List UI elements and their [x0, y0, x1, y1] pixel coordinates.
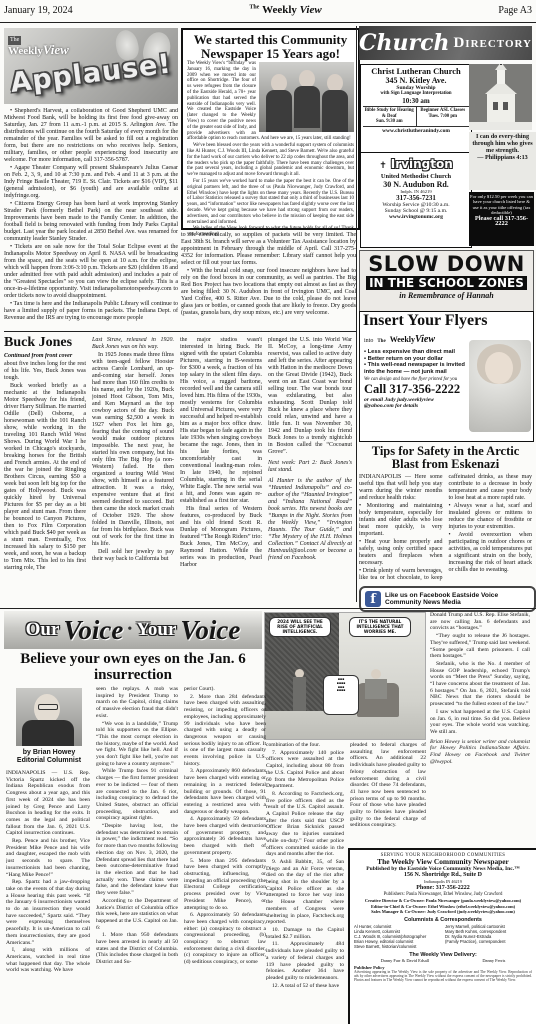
banner-separator: •	[127, 622, 132, 638]
tips-article: Tips for Safety in the ArcticBlast from …	[359, 445, 532, 583]
columnists-columns: Al Hunter, columnist Linda Kennett, colu…	[354, 924, 532, 950]
delivery-person: Danny Ferris	[482, 958, 505, 963]
jan6-col-4: combination of the four. 7. Approximatel…	[266, 742, 344, 1020]
newspaper-masthead: The Weekly View	[249, 4, 321, 16]
church-photo	[469, 64, 532, 130]
masthead-title: The Weekly View Community Newspaper	[354, 858, 532, 866]
anniversary-body: The Weekly View's “birthday” was January…	[187, 61, 354, 238]
portrait-shoulders	[22, 720, 74, 746]
paragraph: • Drink plenty of warm beverages, like t…	[359, 568, 443, 583]
person-figure	[294, 86, 320, 128]
paragraph: about five inches long for the rest of h…	[4, 361, 86, 382]
church-phone: 317-356-7231	[363, 194, 469, 202]
paragraph: • Avoid overexertion when participating …	[449, 532, 533, 574]
applause-column-1: • Shepherd's Harvest, a collaboration of…	[4, 108, 178, 330]
facebook-label: Like us on Facebook Eastside Voice Commu…	[385, 592, 530, 606]
office-phone: Phone: 317-356-2222	[354, 885, 532, 892]
applause-item: • Shepherd's Harvest, a collaboration of…	[4, 108, 178, 164]
buck-jones-col-1: Continued from front cover about five in…	[4, 353, 86, 600]
tips-columns: INDIANAPOLIS — Here some useful tips tha…	[359, 474, 532, 583]
applause-item: • With the brutal cold snap, our food in…	[181, 268, 356, 317]
cartoon-bubble-2: IT'S THE NATURAL INTELLIGENCE THAT WORRI…	[349, 617, 411, 637]
paragraph: 12. A total of 52 of these have	[266, 983, 344, 990]
woman-reading-photo	[469, 340, 531, 432]
paragraph: 9. Ashli Babbitt, 35, of San Diego and a…	[266, 859, 344, 926]
paragraph: 8. According to Factcheck.org, five poli…	[266, 791, 344, 858]
howey-bio: Brian Howey is senior writer and columni…	[430, 739, 530, 766]
flyers-title: Insert Your Flyers	[363, 313, 533, 329]
masthead-box: SERVING YOUR NEIGHBORHOOD COMMUNITIES Th…	[348, 848, 536, 1024]
jan6-col-5: pleaded to federal charges of assaulting…	[350, 742, 426, 842]
cross-icon: ✝	[379, 160, 387, 170]
church-url: www.irvingtonumc.org	[363, 214, 469, 220]
jan6-headline: Believe your own eyes on the Jan. 6insur…	[4, 651, 262, 683]
author-bio: Al Hunter is the author of the “Haunted …	[268, 478, 352, 562]
howey-byline: by Brian HoweyEditorial Columnist	[6, 749, 92, 765]
service-cell: Beginner ASL ClassesTues. 7:00 pm	[417, 107, 470, 125]
tips-title: Tips for Safety in the ArcticBlast from …	[359, 445, 532, 471]
jan6-col-2: seen the replays. A mob was inspired by …	[96, 686, 178, 1020]
applause-item: • Citizens Energy Group has been hard at…	[4, 201, 178, 243]
banner-word: Our	[26, 619, 60, 641]
church-name: Christ Lutheran Church	[363, 67, 469, 76]
paragraph: INDIANAPOLIS — U.S. Rep. Victoria Spartz…	[6, 770, 90, 837]
applause-item: • Tickets are on sale now for the Total …	[4, 244, 178, 300]
paragraph: According to the Department of Justice's…	[96, 898, 178, 932]
paragraph: 6. Approximately 50 defendants have been…	[184, 912, 266, 966]
church-directory-script: Church	[359, 30, 449, 56]
irvington-name-row: ✝ Irvington	[363, 155, 469, 173]
church-illustration	[469, 64, 532, 130]
irvington-umc-listing: ✝ Irvington United Methodist Church 30 N…	[360, 152, 472, 248]
column-rule	[356, 26, 357, 602]
brian-howey-photo	[16, 688, 82, 746]
paragraph: • Always wear a hat, scarf and insulated…	[449, 503, 533, 531]
facebook-icon: f	[365, 591, 381, 607]
tips-col-2: caffeinated drinks, as these may contrib…	[449, 474, 533, 583]
applause-item: • Agape Theater Company will present Sha…	[4, 165, 178, 200]
paragraph: “They ought to release the J6 hostages. …	[430, 633, 530, 660]
christ-lutheran-listing: Christ Lutheran Church 345 N. Kitley Ave…	[360, 64, 472, 154]
flyers-bullet: • Less expensive than direct mail	[364, 349, 469, 356]
cartoon-bubble-1: 2024 WILL SEE THE RISE OF ARTIFICIAL INT…	[269, 617, 331, 637]
paragraph: pleaded to federal charges of assaulting…	[350, 742, 426, 829]
jan6-col-3: perior Court). 2. More than 284 defendan…	[184, 686, 266, 1020]
paragraph: His final series of Western features, co…	[180, 506, 262, 569]
section-rule	[0, 608, 536, 609]
portrait-glasses	[38, 704, 58, 710]
columnists-right: Jerry Marnell, political cartoonist Mary…	[445, 924, 532, 950]
scripture-verse: I can do every-thing through him who giv…	[469, 132, 536, 190]
next-week-note: Next week: Part 2: Buck Jones's last sta…	[268, 460, 352, 474]
paragraph: In 1925 Jones made three films with teen…	[92, 352, 174, 548]
flyers-email: or email Judy judy.weeklyview@yahoo.com …	[364, 397, 464, 409]
paragraph: 3. Approximately 860 defendants have bee…	[184, 768, 266, 815]
continued-label: Continued from front cover	[4, 353, 86, 360]
banner-word: Your	[136, 619, 176, 641]
weekly-view-logo: The WeeklyView	[8, 32, 69, 56]
paragraph: caffeinated drinks, as these may contrib…	[449, 474, 533, 502]
columnists-left: Al Hunter, columnist Linda Kennett, colu…	[354, 924, 441, 950]
church-url: www.christlutheranindy.com	[363, 128, 469, 134]
paragraph: 2. More than 284 defendants have been ch…	[184, 694, 266, 768]
service-cell: Bible Study for Hearing & DeafSun. 9:30 …	[363, 107, 417, 125]
paragraph: 1. More than 950 defendants have been ar…	[96, 932, 178, 966]
paragraph: Stefanik, who is the No. 4 member of Hou…	[430, 661, 530, 708]
slow-down-line1: SLOW DOWN	[360, 254, 533, 275]
jan6-col-1: INDIANAPOLIS — U.S. Rep. Victoria Spartz…	[6, 770, 90, 1020]
paragraph: Buck worked briefly as a mechanic at the…	[4, 383, 86, 572]
cartoon-sign: ▪▪▪▪▪▪▪▪▪▪▪▪▪▪	[323, 675, 359, 715]
worship-time: 10:30 am	[363, 97, 469, 105]
paragraph: We've been blessed over the years with a…	[187, 143, 354, 178]
person-figure	[266, 90, 292, 132]
paragraph: perior Court).	[184, 686, 266, 693]
buck-jones-col-3: the major studios wasn't interested in h…	[180, 337, 262, 600]
paragraph: • Monitoring and maintaining body temper…	[359, 503, 443, 538]
paragraph: I saw what happened at the U.S. Capitol …	[430, 709, 530, 736]
newspaper-page: January 19, 2024 The Weekly View Page A3…	[0, 0, 536, 1024]
paragraph: “We won in a landslide,” Trump told his …	[96, 721, 178, 768]
our-voice-banner: Our Voice • Your Voice	[4, 611, 262, 649]
paragraph: While Trump faces 91 criminal charges — …	[96, 768, 178, 822]
paragraph: Donald Trump and U.S. Rep. Elise Stefani…	[430, 612, 530, 632]
slow-down-line2: IN THE SCHOOL ZONES	[366, 276, 527, 290]
buck-jones-col-4: plunged the U.S. into World War II. McCo…	[268, 337, 352, 600]
verse-reference: — Philippians 4:13	[477, 154, 528, 161]
service-cells: Bible Study for Hearing & DeafSun. 9:30 …	[363, 106, 469, 126]
paragraph: I, along with millions of Americans, wat…	[6, 947, 90, 974]
slow-down-ad: SLOW DOWN IN THE SCHOOL ZONES in Remembr…	[359, 250, 534, 314]
office-address: 156 N. Shortridge Rd., Suite D	[354, 872, 532, 879]
flyers-bullet: • This well-read newspaper is invited in…	[364, 362, 469, 375]
page-header: January 19, 2024 The Weekly View Page A3	[4, 4, 532, 16]
paragraph: plunged the U.S. into World War II. McCo…	[268, 337, 352, 456]
paragraph: 10. Damage to the Capitol totaled $2.7 m…	[266, 927, 344, 940]
paragraph: 5. More than 295 defendants have been ch…	[184, 858, 266, 912]
flyers-bullets: • Less expensive than direct mail • Bett…	[364, 349, 469, 375]
paragraph: 7. Approximately 140 police officers wer…	[266, 750, 344, 790]
jan6-col-6: Donald Trump and U.S. Rep. Elise Stefani…	[430, 612, 530, 844]
reader-face	[485, 352, 513, 384]
section-rule	[4, 331, 356, 332]
slow-down-line3: in Remembrance of Hannah	[360, 291, 533, 300]
church-address: 345 N. Kitley Ave.	[363, 76, 469, 85]
policy-text: Advertising appearing in The Weekly View…	[354, 970, 532, 983]
anniversary-title: We started this CommunityNewspaper 15 Ye…	[187, 33, 354, 61]
page-number: Page A3	[498, 5, 532, 16]
cartoon-figure	[365, 679, 387, 699]
church-directory-caps: Directory	[453, 35, 532, 52]
columnists-header: Columnists & Correspondents	[354, 917, 532, 923]
applause-graphic: The WeeklyView Applause!	[4, 28, 178, 104]
church-listing-offer: For only $12.50 per week you can have yo…	[469, 192, 534, 246]
paragraph: seen the replays. A mob was inspired by …	[96, 686, 178, 720]
paragraph: INDIANAPOLIS — Here some useful tips tha…	[359, 474, 443, 502]
header-rule	[0, 22, 536, 23]
paragraph: • Heat your home properly and safely, us…	[359, 539, 443, 567]
anniversary-article-box: We started this CommunityNewspaper 15 Ye…	[181, 28, 360, 230]
delivery-person: Danny Farr & David Edsall	[381, 958, 430, 963]
paragraph: Dell sold her jewelry to pay their way b…	[92, 549, 174, 563]
church-sub-name: United Methodist Church	[363, 173, 469, 180]
political-cartoon: 2024 WILL SEE THE RISE OF ARTIFICIAL INT…	[264, 612, 426, 740]
person-figure	[322, 90, 348, 132]
offer-phone: Please call 317-356-2222	[475, 215, 528, 227]
applause-column-2: to file electronically, so supplies of p…	[181, 232, 356, 330]
banner-word: Voice	[63, 615, 123, 646]
paragraph: Rep. Spartz had a jaw-dropping take on t…	[6, 879, 90, 946]
columnist: Steve Barnett, historian/columnist	[354, 944, 441, 949]
church-directory-header: Church Directory	[359, 26, 532, 60]
paragraph: Last Straw, released in 1920. Buck Jones…	[92, 337, 174, 351]
paragraph: the major studios wasn't interested in h…	[180, 337, 262, 505]
applause-item: to file electronically, so supplies of p…	[181, 232, 356, 267]
cartoon-figure-head	[371, 669, 381, 679]
applause-item: • Tax time is here and the Indianapolis …	[4, 301, 178, 322]
paragraph: Rep. Pence and his brother, Vice Preside…	[6, 838, 90, 878]
paragraph: “Despite having lost, the defendant was …	[96, 823, 178, 897]
page-date: January 19, 2024	[4, 5, 73, 16]
cartoon-figure	[293, 677, 306, 711]
paragraph: 4. Approximately 59 defendants have been…	[184, 816, 266, 856]
church-address: 30 N. Audubon Rd.	[363, 180, 469, 189]
tips-col-1: INDIANAPOLIS — Here some useful tips tha…	[359, 474, 443, 583]
delivery-names: Danny Farr & David Edsall Danny Ferris	[354, 958, 532, 963]
insert-flyers-ad: Insert Your Flyers into The WeeklyView •…	[359, 311, 534, 442]
staff-photo	[259, 62, 354, 132]
columnist: (Family Practice), correspondent	[445, 939, 532, 944]
flyers-bullet: • Better return on your dollar	[364, 356, 469, 363]
buck-jones-col-2: Last Straw, released in 1920. Buck Jones…	[92, 337, 174, 600]
paragraph: combination of the four.	[266, 742, 344, 749]
paragraph: For 15 years we've worked hard to make t…	[187, 179, 354, 225]
banner-word: Voice	[180, 615, 240, 646]
buck-jones-title: Buck Jones	[4, 335, 72, 351]
staff-role: Sales Manager & Co-Owner: Judy Crawford …	[354, 909, 532, 914]
paragraph: 11. Approximately 484 individuals have p…	[266, 941, 344, 981]
